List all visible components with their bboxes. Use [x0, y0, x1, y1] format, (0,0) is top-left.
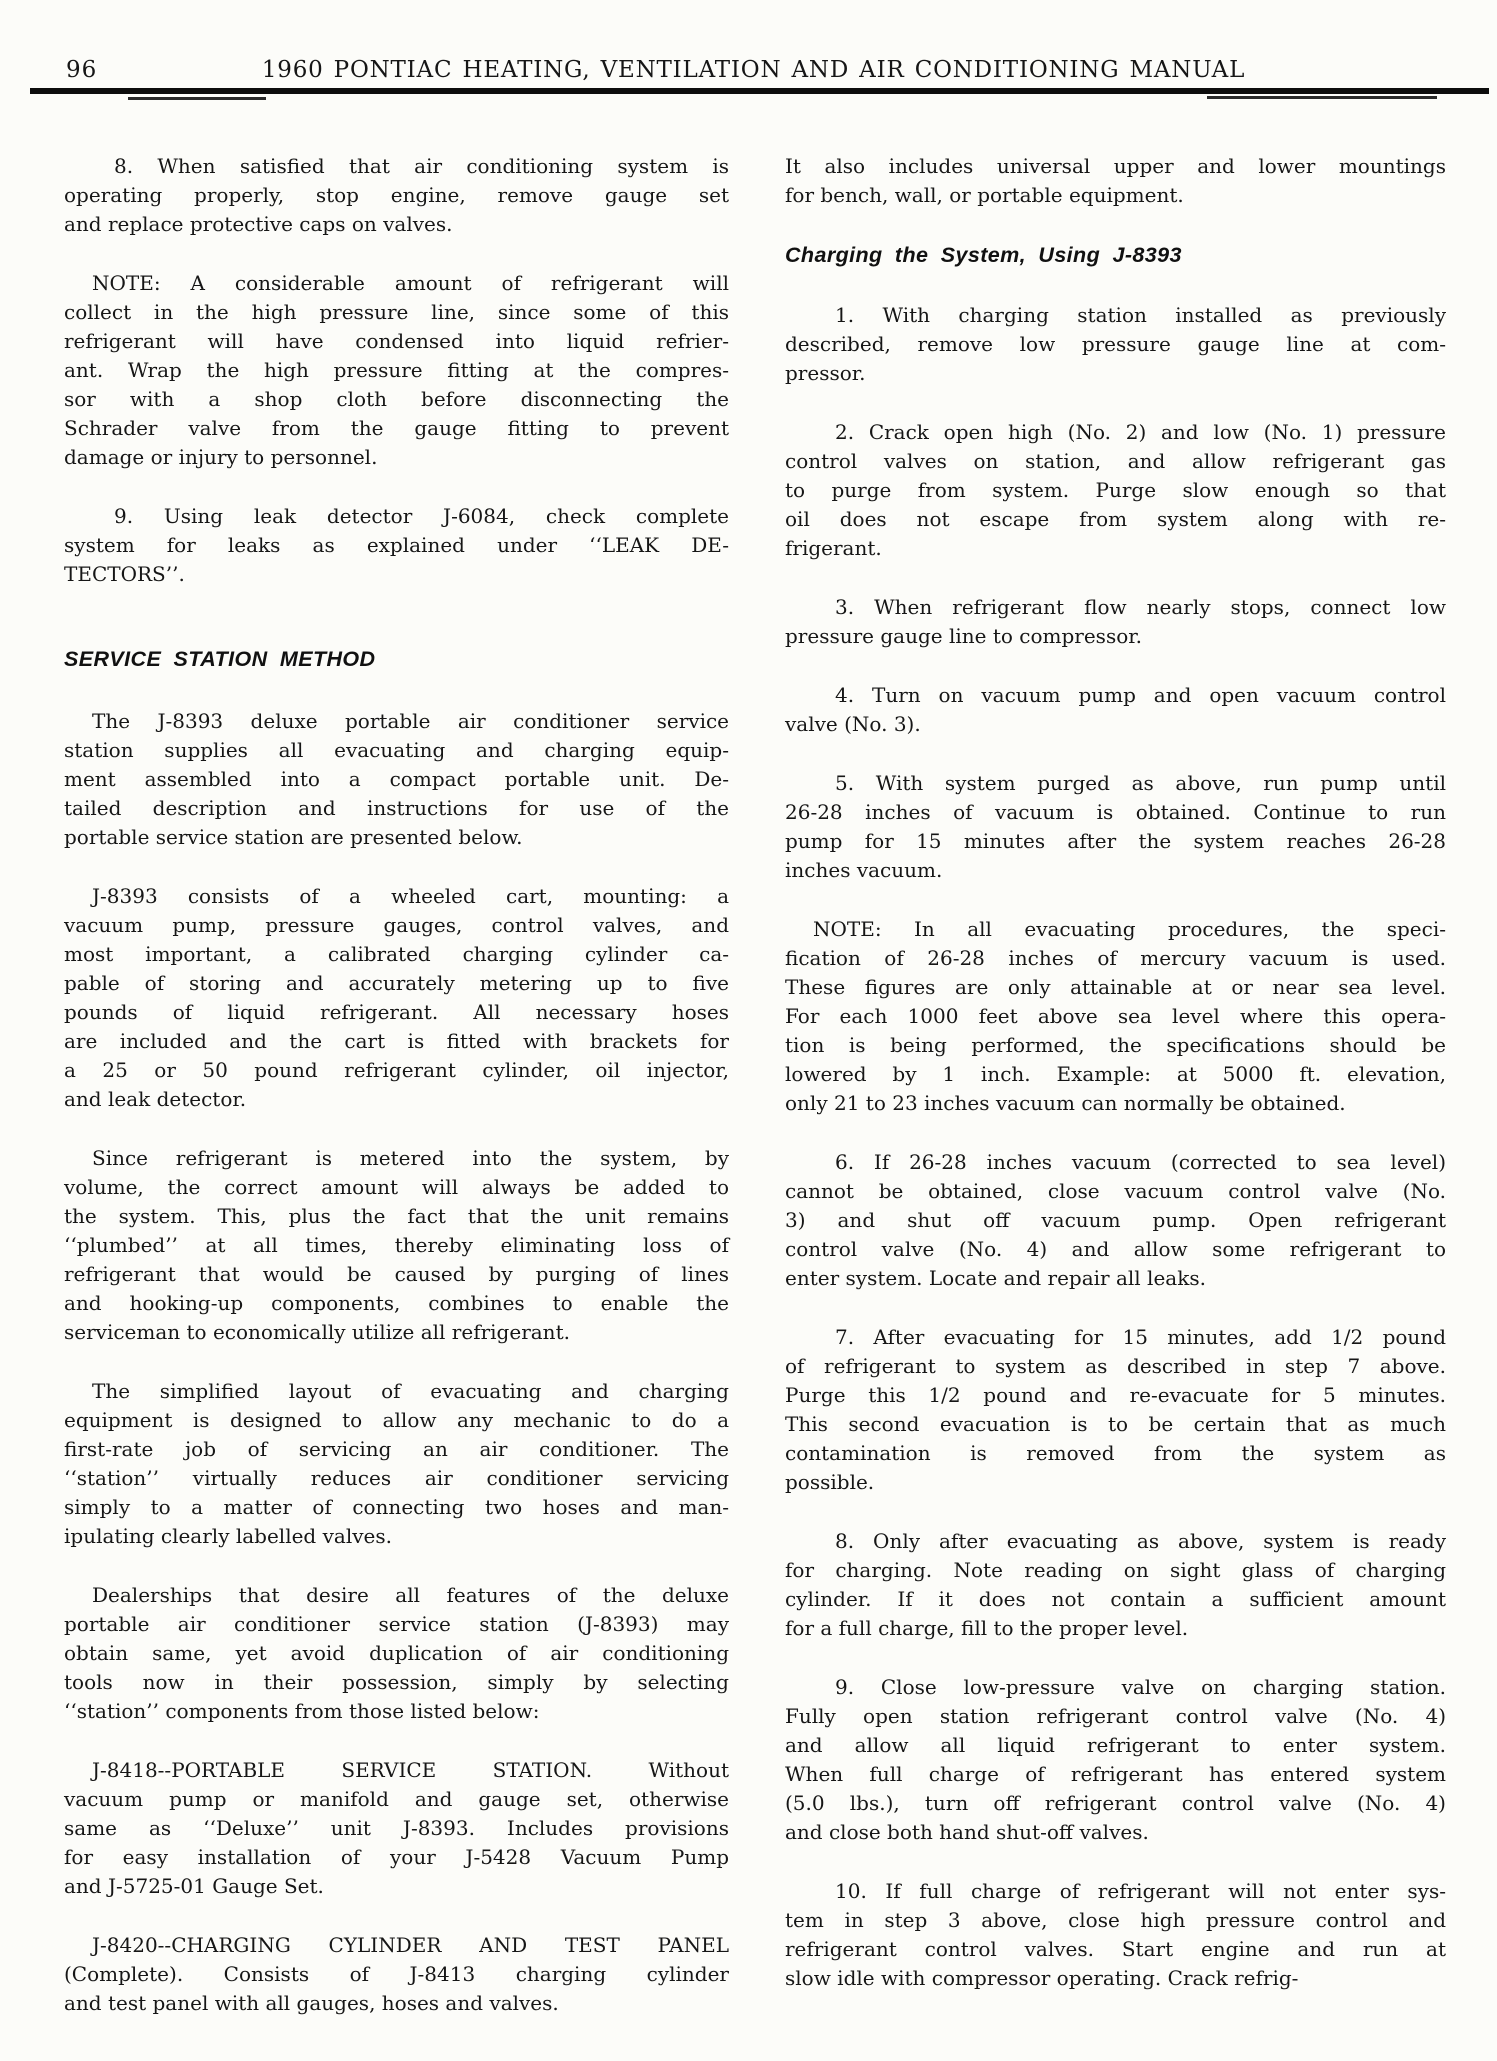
- text-line: contamination is removed from the system…: [785, 1439, 1446, 1468]
- text-line: pable of storing and accurately metering…: [64, 969, 729, 998]
- text-line: for a full charge, fill to the proper le…: [785, 1614, 1446, 1643]
- text-line: and replace protective caps on valves.: [64, 210, 729, 239]
- paragraph: Dealerships that desire all features of …: [64, 1581, 729, 1726]
- section-heading: Charging the System, Using J-8393: [785, 241, 1446, 270]
- text-line: refrigerant that would be caused by purg…: [64, 1260, 729, 1289]
- text-line: 8. When satisfied that air conditioning …: [64, 152, 729, 181]
- text-line: Purge this 1/2 pound and re-evacuate for…: [785, 1381, 1446, 1410]
- text-line: (5.0 lbs.), turn off refrigerant control…: [785, 1789, 1446, 1818]
- text-line: are included and the cart is fitted with…: [64, 1027, 729, 1056]
- text-line: This second evacuation is to be certain …: [785, 1410, 1446, 1439]
- paragraph: 3. When refrigerant flow nearly stops, c…: [785, 593, 1446, 651]
- text-line: 5. With system purged as above, run pump…: [785, 769, 1446, 798]
- text-line: for charging. Note reading on sight glas…: [785, 1556, 1446, 1585]
- text-line: These figures are only attainable at or …: [785, 973, 1446, 1002]
- paragraph: The simplified layout of evacuating and …: [64, 1377, 729, 1551]
- paragraph: J-8418--PORTABLE SERVICE STATION. Withou…: [64, 1756, 729, 1901]
- paragraph: 1. With charging station installed as pr…: [785, 301, 1446, 388]
- page-title: 1960 PONTIAC HEATING, VENTILATION AND AI…: [64, 56, 1443, 84]
- text-line: control valve (No. 4) and allow some ref…: [785, 1235, 1446, 1264]
- text-line: 2. Crack open high (No. 2) and low (No. …: [785, 418, 1446, 447]
- text-line: pump for 15 minutes after the system rea…: [785, 827, 1446, 856]
- paragraph: 8. Only after evacuating as above, syste…: [785, 1527, 1446, 1643]
- paragraph: 10. If full charge of refrigerant will n…: [785, 1877, 1446, 1993]
- text-line: enter system. Locate and repair all leak…: [785, 1264, 1446, 1293]
- text-line: refrigerant will have condensed into liq…: [64, 327, 729, 356]
- text-line: 10. If full charge of refrigerant will n…: [785, 1877, 1446, 1906]
- text-line: cannot be obtained, close vacuum control…: [785, 1177, 1446, 1206]
- right-column: It also includes universal upper and low…: [785, 152, 1446, 2018]
- text-line: portable service station are presented b…: [64, 823, 729, 852]
- text-line: same as ‘‘Deluxe’’ unit J-8393. Includes…: [64, 1814, 729, 1843]
- paragraph: 7. After evacuating for 15 minutes, add …: [785, 1323, 1446, 1497]
- text-line: first-rate job of servicing an air condi…: [64, 1435, 729, 1464]
- text-line: collect in the high pressure line, since…: [64, 298, 729, 327]
- text-line: ipulating clearly labelled valves.: [64, 1522, 729, 1551]
- text-line: The J-8393 deluxe portable air condition…: [64, 707, 729, 736]
- page-number: 96: [66, 56, 97, 84]
- paragraph: 6. If 26-28 inches vacuum (corrected to …: [785, 1148, 1446, 1293]
- text-line: only 21 to 23 inches vacuum can normally…: [785, 1089, 1446, 1118]
- text-line: possible.: [785, 1468, 1446, 1497]
- text-line: tailed description and instructions for …: [64, 794, 729, 823]
- paragraph: NOTE: A considerable amount of refrigera…: [64, 269, 729, 472]
- text-line: Dealerships that desire all features of …: [64, 1581, 729, 1610]
- text-line: Schrader valve from the gauge fitting to…: [64, 414, 729, 443]
- paragraph: J-8393 consists of a wheeled cart, mount…: [64, 882, 729, 1114]
- text-line: ‘‘plumbed’’ at all times, thereby elimin…: [64, 1231, 729, 1260]
- text-line: pressure gauge line to compressor.: [785, 622, 1446, 651]
- text-line: J-8393 consists of a wheeled cart, mount…: [64, 882, 729, 911]
- text-line: It also includes universal upper and low…: [785, 152, 1446, 181]
- text-line: to purge from system. Purge slow enough …: [785, 476, 1446, 505]
- text-line: lowered by 1 inch. Example: at 5000 ft. …: [785, 1060, 1446, 1089]
- text-line: obtain same, yet avoid duplication of ai…: [64, 1639, 729, 1668]
- text-line: vacuum pump or manifold and gauge set, o…: [64, 1785, 729, 1814]
- paragraph: J-8420--CHARGING CYLINDER AND TEST PANEL…: [64, 1931, 729, 2018]
- text-line: (Complete). Consists of J-8413 charging …: [64, 1960, 729, 1989]
- left-column: 8. When satisfied that air conditioning …: [64, 152, 729, 2018]
- text-line: refrigerant control valves. Start engine…: [785, 1935, 1446, 1964]
- text-line: of refrigerant to system as described in…: [785, 1352, 1446, 1381]
- header-rule-artifact-left: [128, 97, 266, 100]
- text-line: for easy installation of your J-5428 Vac…: [64, 1843, 729, 1872]
- text-line: sor with a shop cloth before disconnecti…: [64, 385, 729, 414]
- text-line: J-8418--PORTABLE SERVICE STATION. Withou…: [64, 1756, 729, 1785]
- text-line: NOTE: In all evacuating procedures, the …: [785, 915, 1446, 944]
- page-header: 96 1960 PONTIAC HEATING, VENTILATION AND…: [0, 0, 1497, 94]
- text-line: simply to a matter of connecting two hos…: [64, 1493, 729, 1522]
- text-line: equipment is designed to allow any mecha…: [64, 1406, 729, 1435]
- text-line: J-8420--CHARGING CYLINDER AND TEST PANEL: [64, 1931, 729, 1960]
- text-line: valve (No. 3).: [785, 710, 1446, 739]
- text-line: TECTORS’’.: [64, 560, 729, 589]
- text-line: For each 1000 feet above sea level where…: [785, 1002, 1446, 1031]
- text-line: and test panel with all gauges, hoses an…: [64, 1989, 729, 2018]
- text-line: and hooking-up components, combines to e…: [64, 1289, 729, 1318]
- text-line: and allow all liquid refrigerant to ente…: [785, 1731, 1446, 1760]
- text-line: volume, the correct amount will always b…: [64, 1173, 729, 1202]
- text-line: and close both hand shut-off valves.: [785, 1818, 1446, 1847]
- text-line: 3) and shut off vacuum pump. Open refrig…: [785, 1206, 1446, 1235]
- text-line: 8. Only after evacuating as above, syste…: [785, 1527, 1446, 1556]
- text-line: and J-5725-01 Gauge Set.: [64, 1872, 729, 1901]
- text-line: serviceman to economically utilize all r…: [64, 1318, 729, 1347]
- text-line: 9. Using leak detector J-6084, check com…: [64, 502, 729, 531]
- paragraph: The J-8393 deluxe portable air condition…: [64, 707, 729, 852]
- text-line: pressor.: [785, 359, 1446, 388]
- paragraph: Since refrigerant is metered into the sy…: [64, 1144, 729, 1347]
- section-heading: SERVICE STATION METHOD: [64, 645, 729, 674]
- text-line: tion is being performed, the specificati…: [785, 1031, 1446, 1060]
- text-line: fication of 26-28 inches of mercury vacu…: [785, 944, 1446, 973]
- text-line: When full charge of refrigerant has ente…: [785, 1760, 1446, 1789]
- text-line: portable air conditioner service station…: [64, 1610, 729, 1639]
- text-line: and leak detector.: [64, 1085, 729, 1114]
- paragraph: 9. Using leak detector J-6084, check com…: [64, 502, 729, 589]
- text-line: cylinder. If it does not contain a suffi…: [785, 1585, 1446, 1614]
- text-line: inches vacuum.: [785, 856, 1446, 885]
- text-line: most important, a calibrated charging cy…: [64, 940, 729, 969]
- text-line: The simplified layout of evacuating and …: [64, 1377, 729, 1406]
- paragraph: It also includes universal upper and low…: [785, 152, 1446, 210]
- text-line: 1. With charging station installed as pr…: [785, 301, 1446, 330]
- text-line: the system. This, plus the fact that the…: [64, 1202, 729, 1231]
- text-line: operating properly, stop engine, remove …: [64, 181, 729, 210]
- text-line: system for leaks as explained under ‘‘LE…: [64, 531, 729, 560]
- text-line: damage or injury to personnel.: [64, 443, 729, 472]
- text-line: control valves on station, and allow ref…: [785, 447, 1446, 476]
- text-line: ‘‘station’’ components from those listed…: [64, 1697, 729, 1726]
- text-line: Since refrigerant is metered into the sy…: [64, 1144, 729, 1173]
- text-line: slow idle with compressor operating. Cra…: [785, 1964, 1446, 1993]
- text-line: a 25 or 50 pound refrigerant cylinder, o…: [64, 1056, 729, 1085]
- text-line: 6. If 26-28 inches vacuum (corrected to …: [785, 1148, 1446, 1177]
- text-line: ‘‘station’’ virtually reduces air condit…: [64, 1464, 729, 1493]
- text-line: pounds of liquid refrigerant. All necess…: [64, 998, 729, 1027]
- text-line: ant. Wrap the high pressure fitting at t…: [64, 356, 729, 385]
- text-line: for bench, wall, or portable equipment.: [785, 181, 1446, 210]
- text-line: 3. When refrigerant flow nearly stops, c…: [785, 593, 1446, 622]
- paragraph: NOTE: In all evacuating procedures, the …: [785, 915, 1446, 1118]
- text-line: station supplies all evacuating and char…: [64, 736, 729, 765]
- text-line: 26-28 inches of vacuum is obtained. Cont…: [785, 798, 1446, 827]
- two-column-body: 8. When satisfied that air conditioning …: [0, 94, 1497, 2018]
- header-rule: [30, 88, 1489, 94]
- text-line: tools now in their possession, simply by…: [64, 1668, 729, 1697]
- paragraph: 2. Crack open high (No. 2) and low (No. …: [785, 418, 1446, 563]
- text-line: NOTE: A considerable amount of refrigera…: [64, 269, 729, 298]
- paragraph: 9. Close low-pressure valve on charging …: [785, 1673, 1446, 1847]
- text-line: Fully open station refrigerant control v…: [785, 1702, 1446, 1731]
- paragraph: 8. When satisfied that air conditioning …: [64, 152, 729, 239]
- text-line: oil does not escape from system along wi…: [785, 505, 1446, 534]
- manual-page: 96 1960 PONTIAC HEATING, VENTILATION AND…: [0, 0, 1497, 2061]
- header-rule-artifact-right: [1207, 96, 1437, 99]
- text-line: 4. Turn on vacuum pump and open vacuum c…: [785, 681, 1446, 710]
- paragraph: 5. With system purged as above, run pump…: [785, 769, 1446, 885]
- paragraph: 4. Turn on vacuum pump and open vacuum c…: [785, 681, 1446, 739]
- text-line: 9. Close low-pressure valve on charging …: [785, 1673, 1446, 1702]
- text-line: tem in step 3 above, close high pressure…: [785, 1906, 1446, 1935]
- text-line: vacuum pump, pressure gauges, control va…: [64, 911, 729, 940]
- text-line: 7. After evacuating for 15 minutes, add …: [785, 1323, 1446, 1352]
- text-line: ment assembled into a compact portable u…: [64, 765, 729, 794]
- text-line: frigerant.: [785, 534, 1446, 563]
- text-line: described, remove low pressure gauge lin…: [785, 330, 1446, 359]
